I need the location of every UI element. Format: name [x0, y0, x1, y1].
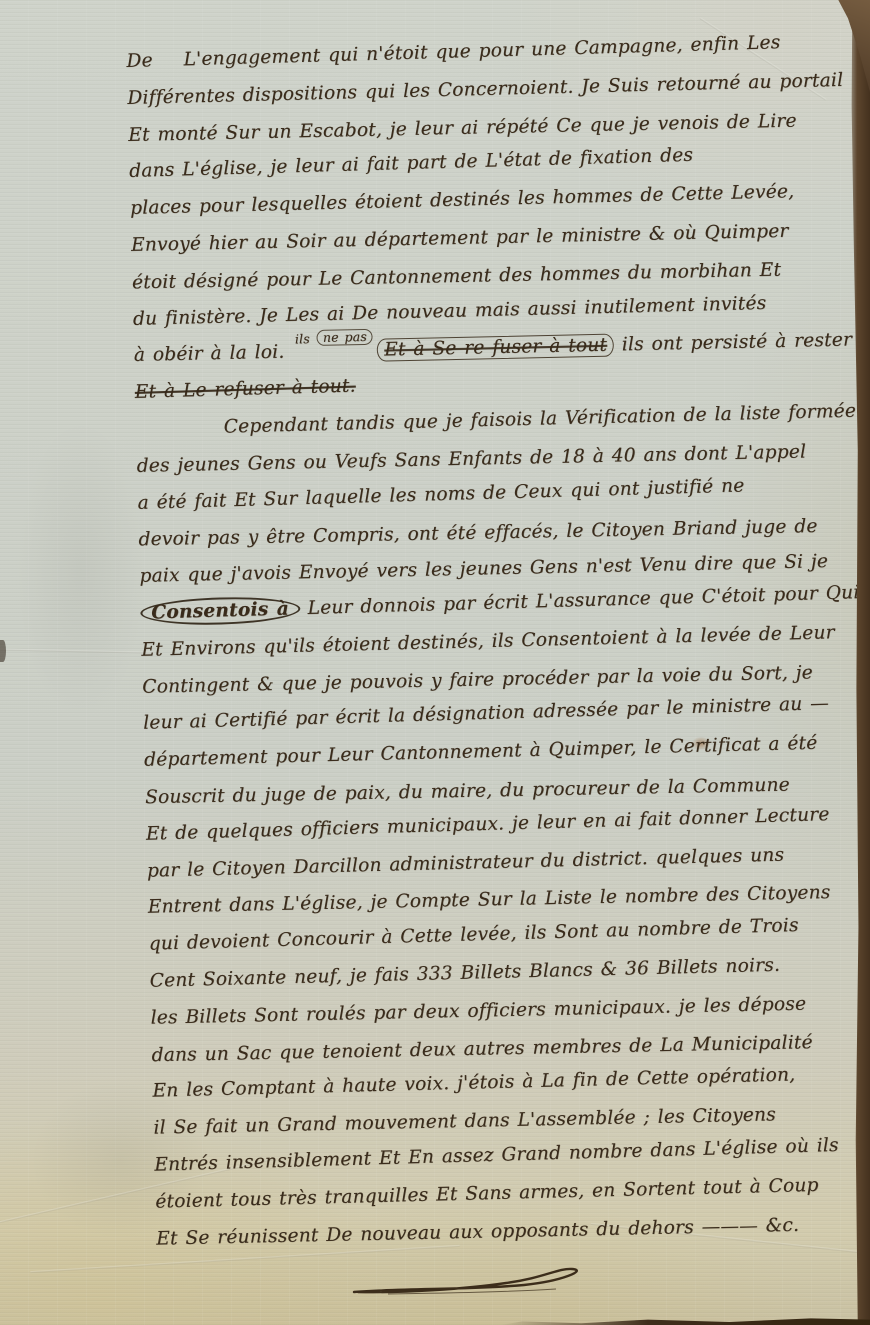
paper-edge-nick	[0, 640, 6, 662]
manuscript-text: les Billets Sont roulés par deux officie…	[150, 993, 806, 1028]
paraph-flourish-icon	[348, 1262, 598, 1302]
manuscript-text: ils ont persisté à rester dehors	[614, 328, 870, 356]
manuscript-text: Envoyé hier au Soir au département par l…	[131, 221, 789, 256]
manuscript-text: ne pas	[317, 329, 373, 346]
manuscript-text: étoit désigné pour Le Cantonnement des h…	[132, 259, 782, 293]
manuscript-text: à obéir à la loi.	[134, 342, 293, 366]
manuscript-text: dans un Sac que tenoient deux autres mem…	[151, 1032, 813, 1066]
table-edge-bottom	[500, 1313, 870, 1325]
manuscript-text: Et à Le refuser à tout.	[135, 376, 356, 403]
manuscript-lines: De L'engagement qui n'étoit que pour une…	[126, 25, 870, 1258]
paper-smudge	[16, 420, 146, 720]
manuscript-photo: De L'engagement qui n'étoit que pour une…	[0, 0, 870, 1325]
manuscript-text: Consentois à	[140, 595, 300, 627]
manuscript-text: dans L'église, je leur ai fait part de L…	[129, 145, 693, 182]
manuscript-text: Et à Se re fuser à tout	[377, 334, 614, 362]
manuscript-text: ils	[295, 333, 310, 345]
manuscript-text: Et Se réunissent De nouveau aux opposant…	[156, 1214, 799, 1249]
manuscript-text-block: De L'engagement qui n'étoit que pour une…	[126, 25, 870, 1258]
